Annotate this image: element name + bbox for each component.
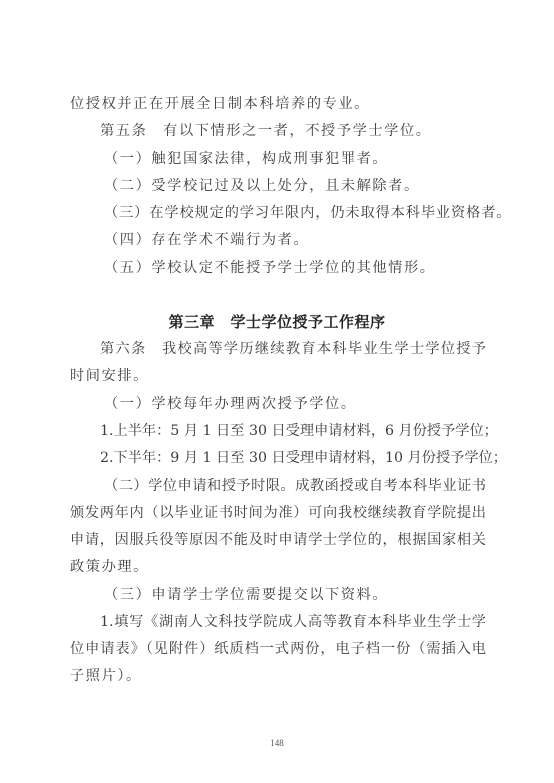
list-item: （四）存在学术不端行为者。 [104, 230, 486, 250]
list-item: （五）学校认定不能授予学士学位的其他情形。 [104, 258, 486, 278]
page-number: 148 [0, 738, 554, 748]
paragraph-line: 政策办理。 [70, 557, 486, 577]
paragraph-line: 时间安排。 [70, 366, 486, 386]
paragraph-line: 颁发两年内（以毕业证书时间为准）可向我校继续教育学院提出 [70, 503, 486, 523]
document-page: 位授权并正在开展全日制本科培养的专业。 第五条 有以下情形之一者，不授予学士学位… [0, 0, 554, 783]
paragraph-line: 位申请表》（见附件）纸质档一式两份，电子档一份（需插入电 [70, 639, 486, 659]
list-item: （三）在学校规定的学习年限内，仍未取得本科毕业资格者。 [104, 203, 486, 223]
paragraph-line: 位授权并正在开展全日制本科培养的专业。 [70, 94, 486, 114]
list-item: （二）受学校记过及以上处分，且未解除者。 [104, 176, 486, 196]
list-item: （一）触犯国家法律，构成刑事犯罪者。 [104, 149, 486, 169]
article-five-heading: 第五条 有以下情形之一者，不授予学士学位。 [100, 121, 486, 141]
list-item: 1.上半年：5 月 1 日至 30 日受理申请材料，6 月份授予学位； [100, 421, 486, 441]
list-item: （一）学校每年办理两次授予学位。 [104, 394, 486, 414]
paragraph-line: 子照片）。 [70, 666, 486, 686]
paragraph-line: 申请，因服兵役等原因不能及时申请学士学位的，根据国家相关 [70, 530, 486, 550]
paragraph-line: （二）学位申请和授予时限。成教函授或自考本科毕业证书 [104, 476, 486, 496]
list-item: （三）申请学士学位需要提交以下资料。 [104, 585, 486, 605]
paragraph-line: 1.填写《湖南人文科技学院成人高等教育本科毕业生学士学 [100, 612, 486, 632]
chapter-heading: 第三章 学士学位授予工作程序 [0, 312, 554, 332]
article-six-line: 第六条 我校高等学历继续教育本科毕业生学士学位授予 [100, 339, 486, 359]
list-item: 2.下半年：9 月 1 日至 30 日受理申请材料，10 月份授予学位； [100, 448, 486, 468]
